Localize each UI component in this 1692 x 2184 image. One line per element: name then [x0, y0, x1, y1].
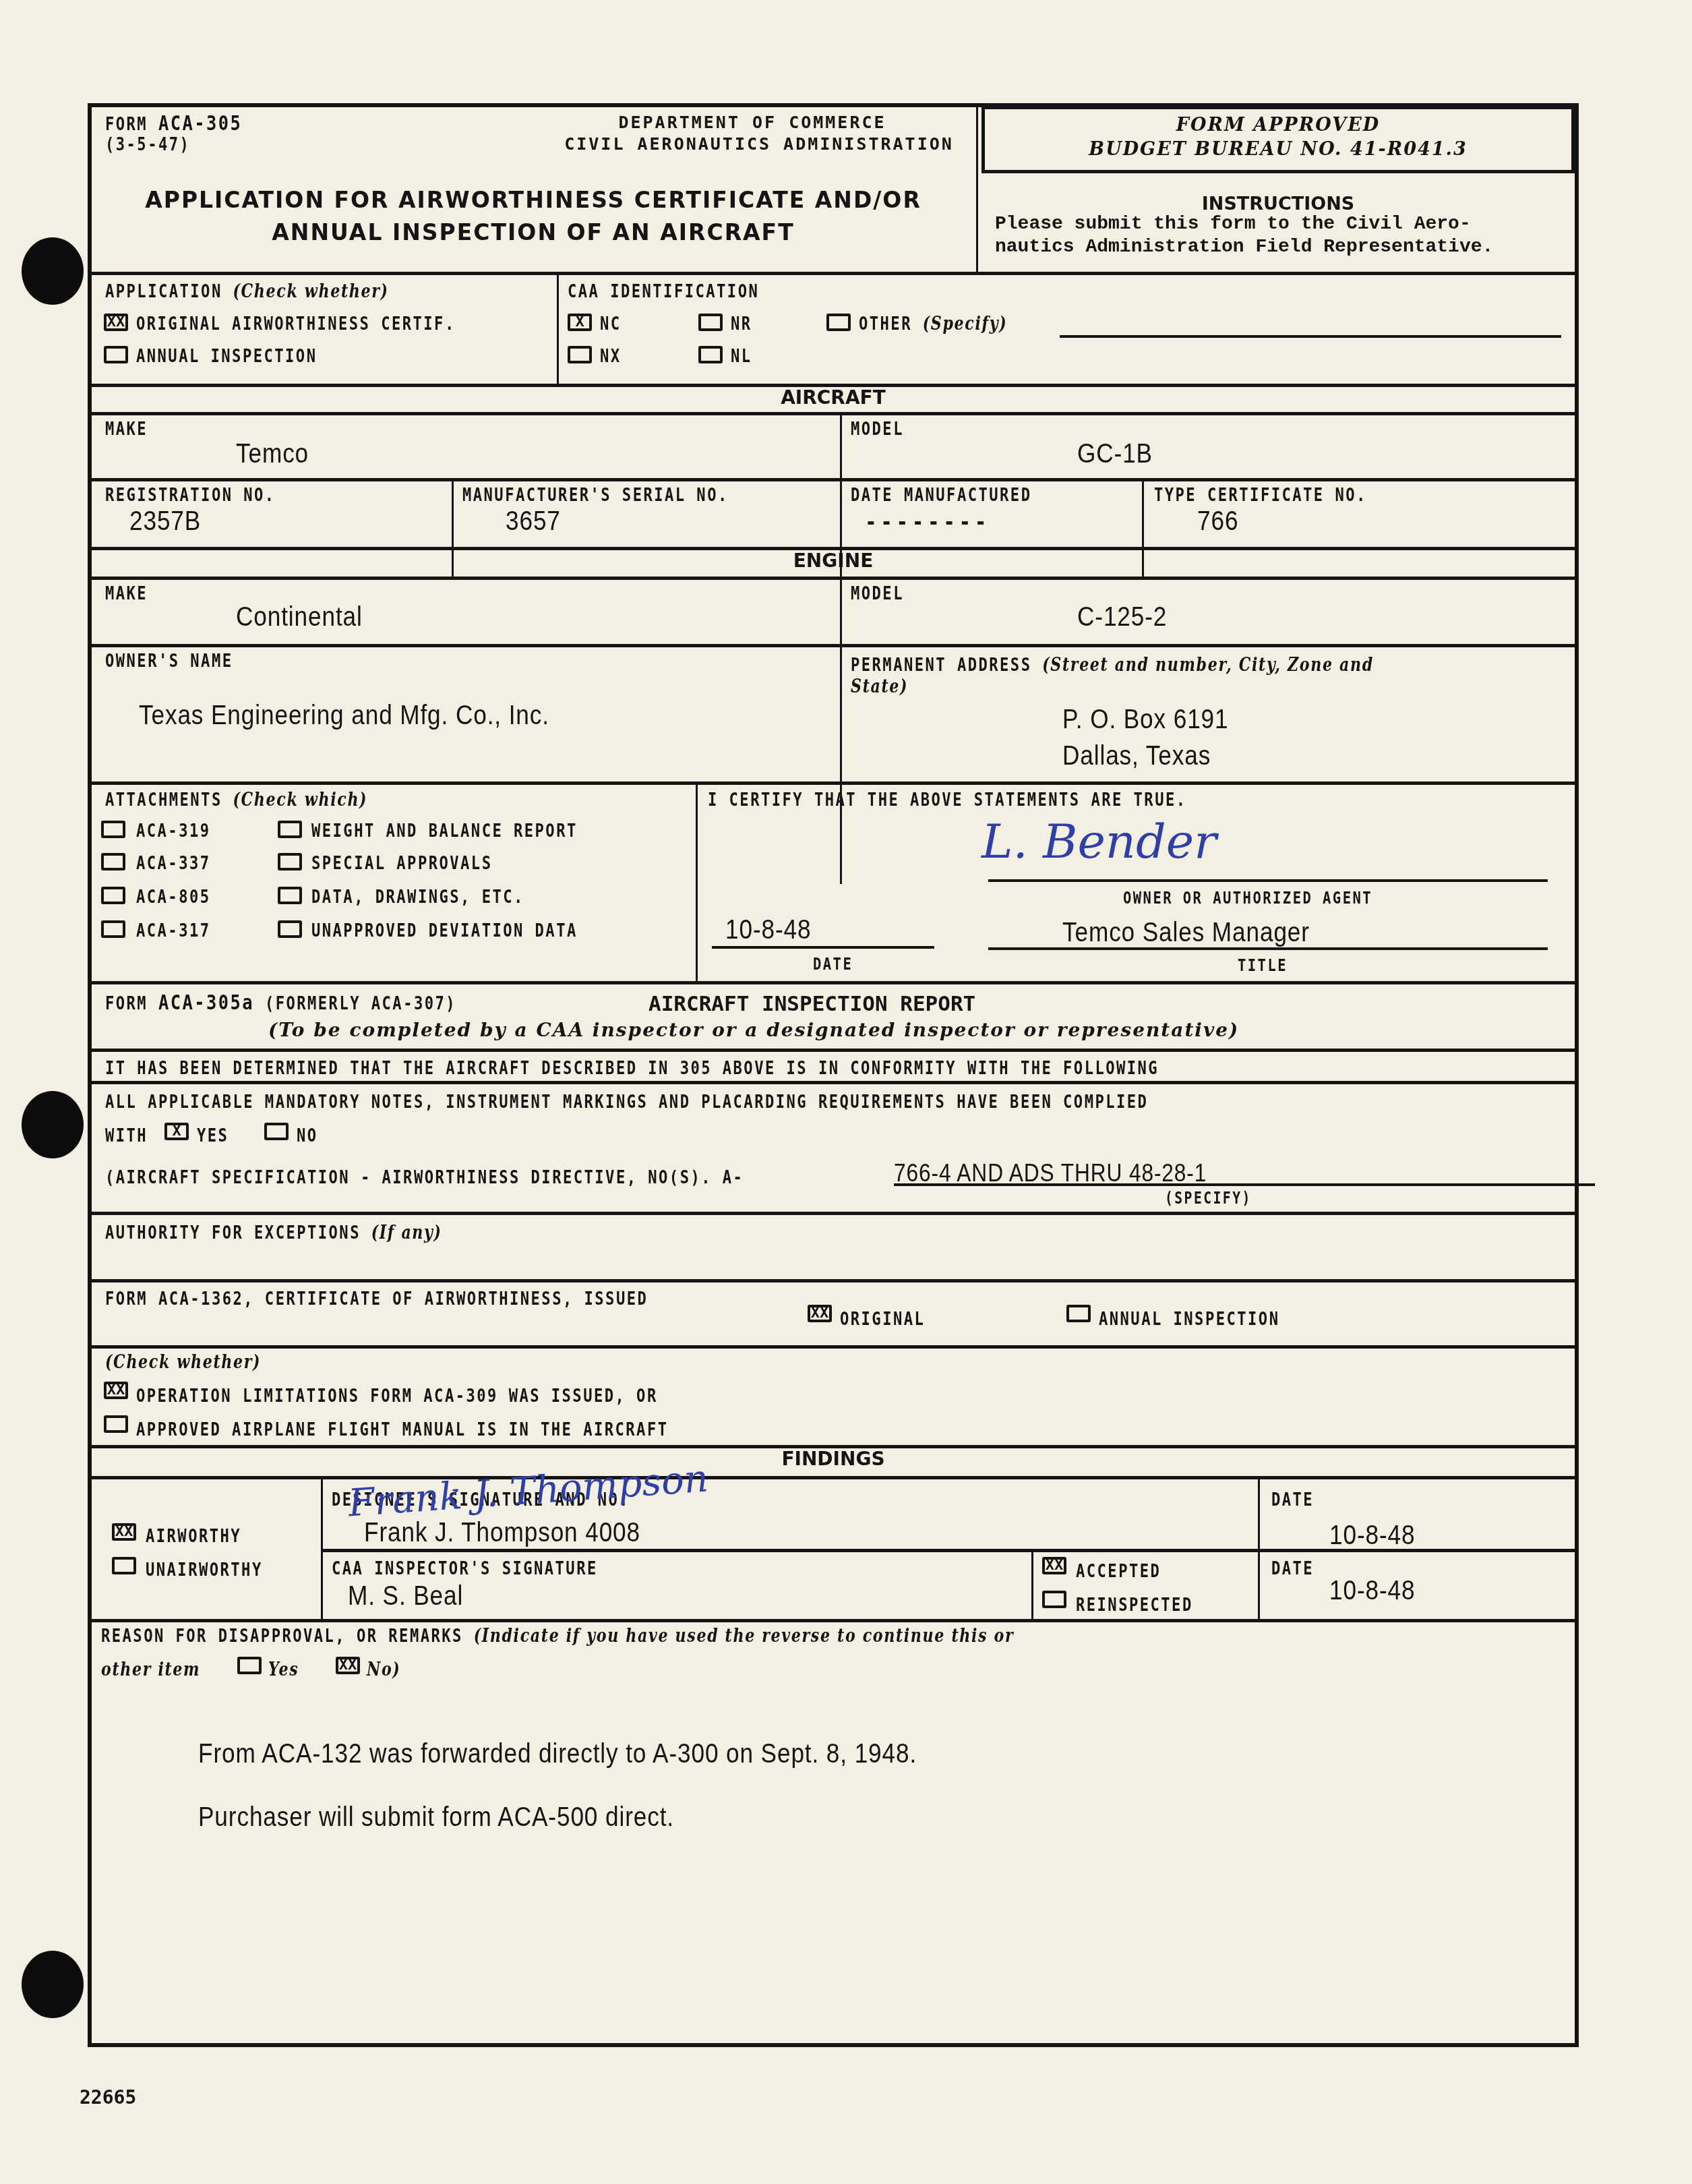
divider	[321, 1476, 323, 1619]
caa-nr-label: NR	[731, 314, 752, 334]
divider	[92, 1619, 1575, 1622]
engine-model-label: MODEL	[851, 583, 904, 604]
airworthy-checkbox[interactable]: XX	[112, 1523, 136, 1541]
attachment-aca-337-checkbox[interactable]	[101, 853, 125, 870]
unairworthy-label: UNAIRWORTHY	[146, 1560, 263, 1581]
accepted-label: ACCEPTED	[1076, 1561, 1161, 1582]
caa-nl-checkbox[interactable]	[698, 346, 723, 363]
owner-name-value: Texas Engineering and Mfg. Co., Inc.	[139, 701, 549, 731]
divider	[92, 577, 1575, 580]
aircraft-specification-label: (AIRCRAFT SPECIFICATION - AIRWORTHINESS …	[105, 1167, 744, 1188]
reverse-used-no-checkbox[interactable]: XX	[336, 1657, 360, 1674]
caa-other-checkbox[interactable]	[826, 314, 851, 331]
registration-number-label: REGISTRATION NO.	[105, 485, 276, 506]
title-caption: TITLE	[1238, 955, 1288, 975]
attachment-weight-balance-checkbox[interactable]	[278, 821, 302, 838]
attachment-aca-317-label: ACA-317	[136, 920, 211, 941]
flight-manual-checkbox[interactable]	[104, 1415, 128, 1433]
complied-no-checkbox[interactable]	[264, 1123, 289, 1140]
serial-number-label: MANUFACTURER'S SERIAL NO.	[462, 485, 729, 506]
caa-nx-checkbox[interactable]	[568, 346, 592, 363]
engine-section-title: ENGINE	[92, 550, 1575, 572]
caa-other-input[interactable]	[1060, 335, 1561, 338]
exceptions-input[interactable]	[105, 1247, 1561, 1274]
complied-yes-label: YES	[197, 1125, 229, 1146]
divider	[92, 1476, 1575, 1479]
flight-manual-label: APPROVED AIRPLANE FLIGHT MANUAL IS IN TH…	[136, 1419, 668, 1440]
attachment-aca-319-checkbox[interactable]	[101, 821, 125, 838]
attachment-aca-337-label: ACA-337	[136, 853, 211, 874]
specification-line	[894, 1183, 1595, 1186]
print-number: 22665	[80, 2086, 136, 2108]
permanent-address-hint: State)	[851, 676, 908, 697]
divider	[696, 781, 698, 981]
budget-bureau-number: BUDGET BUREAU NO. 41-R041.3	[985, 139, 1571, 160]
permanent-address-label: PERMANENT ADDRESS (Street and number, Ci…	[851, 655, 1374, 676]
certificate-original-checkbox[interactable]: XX	[808, 1305, 832, 1322]
owner-name-label: OWNER'S NAME	[105, 651, 233, 672]
signature-line	[988, 879, 1548, 882]
specify-caption: (SPECIFY)	[1165, 1189, 1252, 1208]
caa-nl-label: NL	[731, 346, 752, 367]
form-number-label: FORM ACA-305	[105, 111, 242, 136]
attachment-data-drawings-label: DATA, DRAWINGS, ETC.	[311, 887, 524, 908]
mandatory-notes-statement: ALL APPLICABLE MANDATORY NOTES, INSTRUME…	[105, 1092, 1148, 1113]
instructions-heading: INSTRUCTIONS	[981, 194, 1575, 214]
divider	[92, 1345, 1575, 1349]
divider	[92, 412, 1575, 415]
designee-date-label: DATE	[1271, 1489, 1314, 1510]
designee-typed-name: Frank J. Thompson 4008	[364, 1518, 640, 1548]
application-annual-label: ANNUAL INSPECTION	[136, 346, 317, 367]
remarks-label: REASON FOR DISAPPROVAL, OR REMARKS (Indi…	[101, 1626, 1014, 1647]
engine-model-value: C-125-2	[1077, 602, 1167, 632]
divider	[92, 478, 1575, 481]
signature-caption: OWNER OR AUTHORIZED AGENT	[1123, 888, 1372, 908]
divider	[1258, 1476, 1260, 1619]
title-line	[988, 947, 1548, 950]
divider	[92, 981, 1575, 984]
caa-identification-label: CAA IDENTIFICATION	[568, 281, 759, 302]
address-line2: Dallas, Texas	[1062, 741, 1211, 771]
type-certificate-value: 766	[1197, 506, 1238, 537]
department-name: DEPARTMENT OF COMMERCE	[564, 113, 941, 132]
accepted-checkbox[interactable]: XX	[1042, 1557, 1066, 1574]
type-certificate-label: TYPE CERTIFICATE NO.	[1154, 485, 1367, 506]
inspector-date-value: 10-8-48	[1329, 1576, 1415, 1606]
divider	[92, 1081, 1575, 1084]
attachment-deviation-data-label: UNAPPROVED DEVIATION DATA	[311, 920, 578, 941]
attachment-aca-805-label: ACA-805	[136, 887, 211, 908]
attachment-weight-balance-label: WEIGHT AND BALANCE REPORT	[311, 821, 578, 842]
attachment-aca-805-checkbox[interactable]	[101, 887, 125, 904]
unairworthy-checkbox[interactable]	[112, 1557, 136, 1574]
check-whether-hint: (Check whether)	[105, 1352, 261, 1373]
owner-signature: L. Bender	[981, 814, 1217, 869]
certificate-annual-checkbox[interactable]	[1066, 1305, 1091, 1322]
inspection-report-title: AIRCRAFT INSPECTION REPORT	[648, 992, 975, 1016]
divider	[92, 1212, 1575, 1215]
caa-nx-label: NX	[600, 346, 622, 367]
remarks-line1: From ACA-132 was forwarded directly to A…	[198, 1739, 917, 1769]
form-revision-date: (3-5-47)	[105, 134, 190, 155]
engine-make-value: Continental	[236, 602, 363, 632]
date-manufactured-value: - - - - - - - -	[867, 506, 985, 537]
date-line	[712, 946, 934, 949]
aircraft-model-label: MODEL	[851, 419, 904, 440]
divider	[321, 1549, 1575, 1552]
divider	[557, 272, 559, 384]
attachment-aca-319-label: ACA-319	[136, 821, 211, 842]
caa-other-label: OTHER (Specify)	[859, 314, 1007, 334]
attachment-special-approvals-checkbox[interactable]	[278, 853, 302, 870]
caa-nc-label: NC	[600, 314, 622, 334]
instructions-text-line2: nautics Administration Field Representat…	[995, 237, 1493, 258]
conformity-statement: IT HAS BEEN DETERMINED THAT THE AIRCRAFT…	[105, 1058, 1159, 1079]
certificate-annual-label: ANNUAL INSPECTION	[1099, 1309, 1279, 1330]
caa-nr-checkbox[interactable]	[698, 314, 723, 331]
aircraft-model-value: GC-1B	[1077, 439, 1153, 469]
remarks-line2: Purchaser will submit form ACA-500 direc…	[198, 1802, 674, 1833]
inspection-form-number: FORM ACA-305a (FORMERLY ACA-307)	[105, 991, 456, 1015]
reverse-used-yes-checkbox[interactable]	[237, 1657, 262, 1674]
form-title-line2: ANNUAL INSPECTION OF AN AIRCRAFT	[92, 219, 975, 245]
aircraft-make-label: MAKE	[105, 419, 148, 440]
serial-number-value: 3657	[506, 506, 561, 537]
divider	[92, 272, 1575, 275]
operation-limitations-checkbox[interactable]: XX	[104, 1382, 128, 1399]
aircraft-make-value: Temco	[236, 439, 309, 469]
attachment-deviation-data-checkbox[interactable]	[278, 920, 302, 938]
engine-make-label: MAKE	[105, 583, 148, 604]
binder-hole-bottom	[22, 1951, 84, 2018]
divider	[92, 1279, 1575, 1282]
complied-yes-checkbox[interactable]: X	[164, 1123, 189, 1140]
application-label: APPLICATION (Check whether)	[105, 281, 389, 302]
registration-number-value: 2357B	[129, 506, 201, 537]
aircraft-section-title: AIRCRAFT	[92, 386, 1575, 409]
inspector-date-label: DATE	[1271, 1558, 1314, 1579]
form-title-line1: APPLICATION FOR AIRWORTHINESS CERTIFICAT…	[92, 187, 975, 213]
inspector-signature-label: CAA INSPECTOR'S SIGNATURE	[332, 1558, 598, 1579]
attachment-special-approvals-label: SPECIAL APPROVALS	[311, 853, 492, 874]
application-annual-checkbox[interactable]	[104, 346, 128, 363]
with-label: WITH	[105, 1125, 148, 1146]
complied-no-label: NO	[297, 1125, 318, 1146]
binder-hole-top	[22, 237, 84, 305]
application-original-checkbox[interactable]: XX	[104, 314, 128, 331]
reinspected-label: REINSPECTED	[1076, 1595, 1193, 1616]
inspector-name: M. S. Beal	[348, 1581, 463, 1612]
date-manufactured-label: DATE MANUFACTURED	[851, 485, 1031, 506]
certificate-issued-label: FORM ACA-1362, CERTIFICATE OF AIRWORTHIN…	[105, 1289, 648, 1309]
reverse-used-no-label: No)	[367, 1659, 400, 1680]
findings-section-title: FINDINGS	[92, 1448, 1575, 1470]
attachments-label: ATTACHMENTS (Check which)	[105, 790, 367, 810]
date-caption: DATE	[813, 954, 853, 974]
agency-name: CIVIL AERONAUTICS ADMINISTRATION	[537, 134, 981, 154]
divider	[92, 781, 1575, 785]
certificate-original-label: ORIGINAL	[840, 1309, 925, 1330]
remarks-hint-continued: other item	[101, 1659, 200, 1680]
certification-title-value: Temco Sales Manager	[1062, 918, 1310, 948]
designee-date-value: 10-8-48	[1329, 1521, 1415, 1551]
divider	[92, 644, 1575, 647]
divider	[1031, 1550, 1033, 1619]
caa-nc-checkbox[interactable]: X	[568, 314, 592, 331]
certification-date-value: 10-8-48	[725, 915, 811, 945]
form-approved: FORM APPROVED	[985, 115, 1571, 136]
approval-box: FORM APPROVED BUDGET BUREAU NO. 41-R041.…	[981, 106, 1575, 173]
certification-statement: I CERTIFY THAT THE ABOVE STATEMENTS ARE …	[708, 790, 1187, 810]
reinspected-checkbox[interactable]	[1042, 1591, 1066, 1608]
divider	[92, 1049, 1575, 1052]
airworthy-label: AIRWORTHY	[146, 1526, 241, 1547]
header-divider	[976, 107, 978, 272]
operation-limitations-label: OPERATION LIMITATIONS FORM ACA-309 WAS I…	[136, 1386, 658, 1407]
inspection-report-subtitle: (To be completed by a CAA inspector or a…	[268, 1019, 1239, 1041]
attachment-data-drawings-checkbox[interactable]	[278, 887, 302, 904]
attachment-aca-317-checkbox[interactable]	[101, 920, 125, 938]
divider	[840, 577, 842, 884]
instructions-text-line1: Please submit this form to the Civil Aer…	[995, 214, 1471, 235]
binder-hole-middle	[22, 1091, 84, 1158]
airworthiness-application-form: FORM ACA-305 (3-5-47) DEPARTMENT OF COMM…	[88, 103, 1579, 2047]
address-line1: P. O. Box 6191	[1062, 705, 1229, 735]
exceptions-label: AUTHORITY FOR EXCEPTIONS (If any)	[105, 1222, 442, 1243]
application-original-label: ORIGINAL AIRWORTHINESS CERTIF.	[136, 314, 456, 334]
reverse-used-yes-label: Yes	[268, 1659, 299, 1680]
